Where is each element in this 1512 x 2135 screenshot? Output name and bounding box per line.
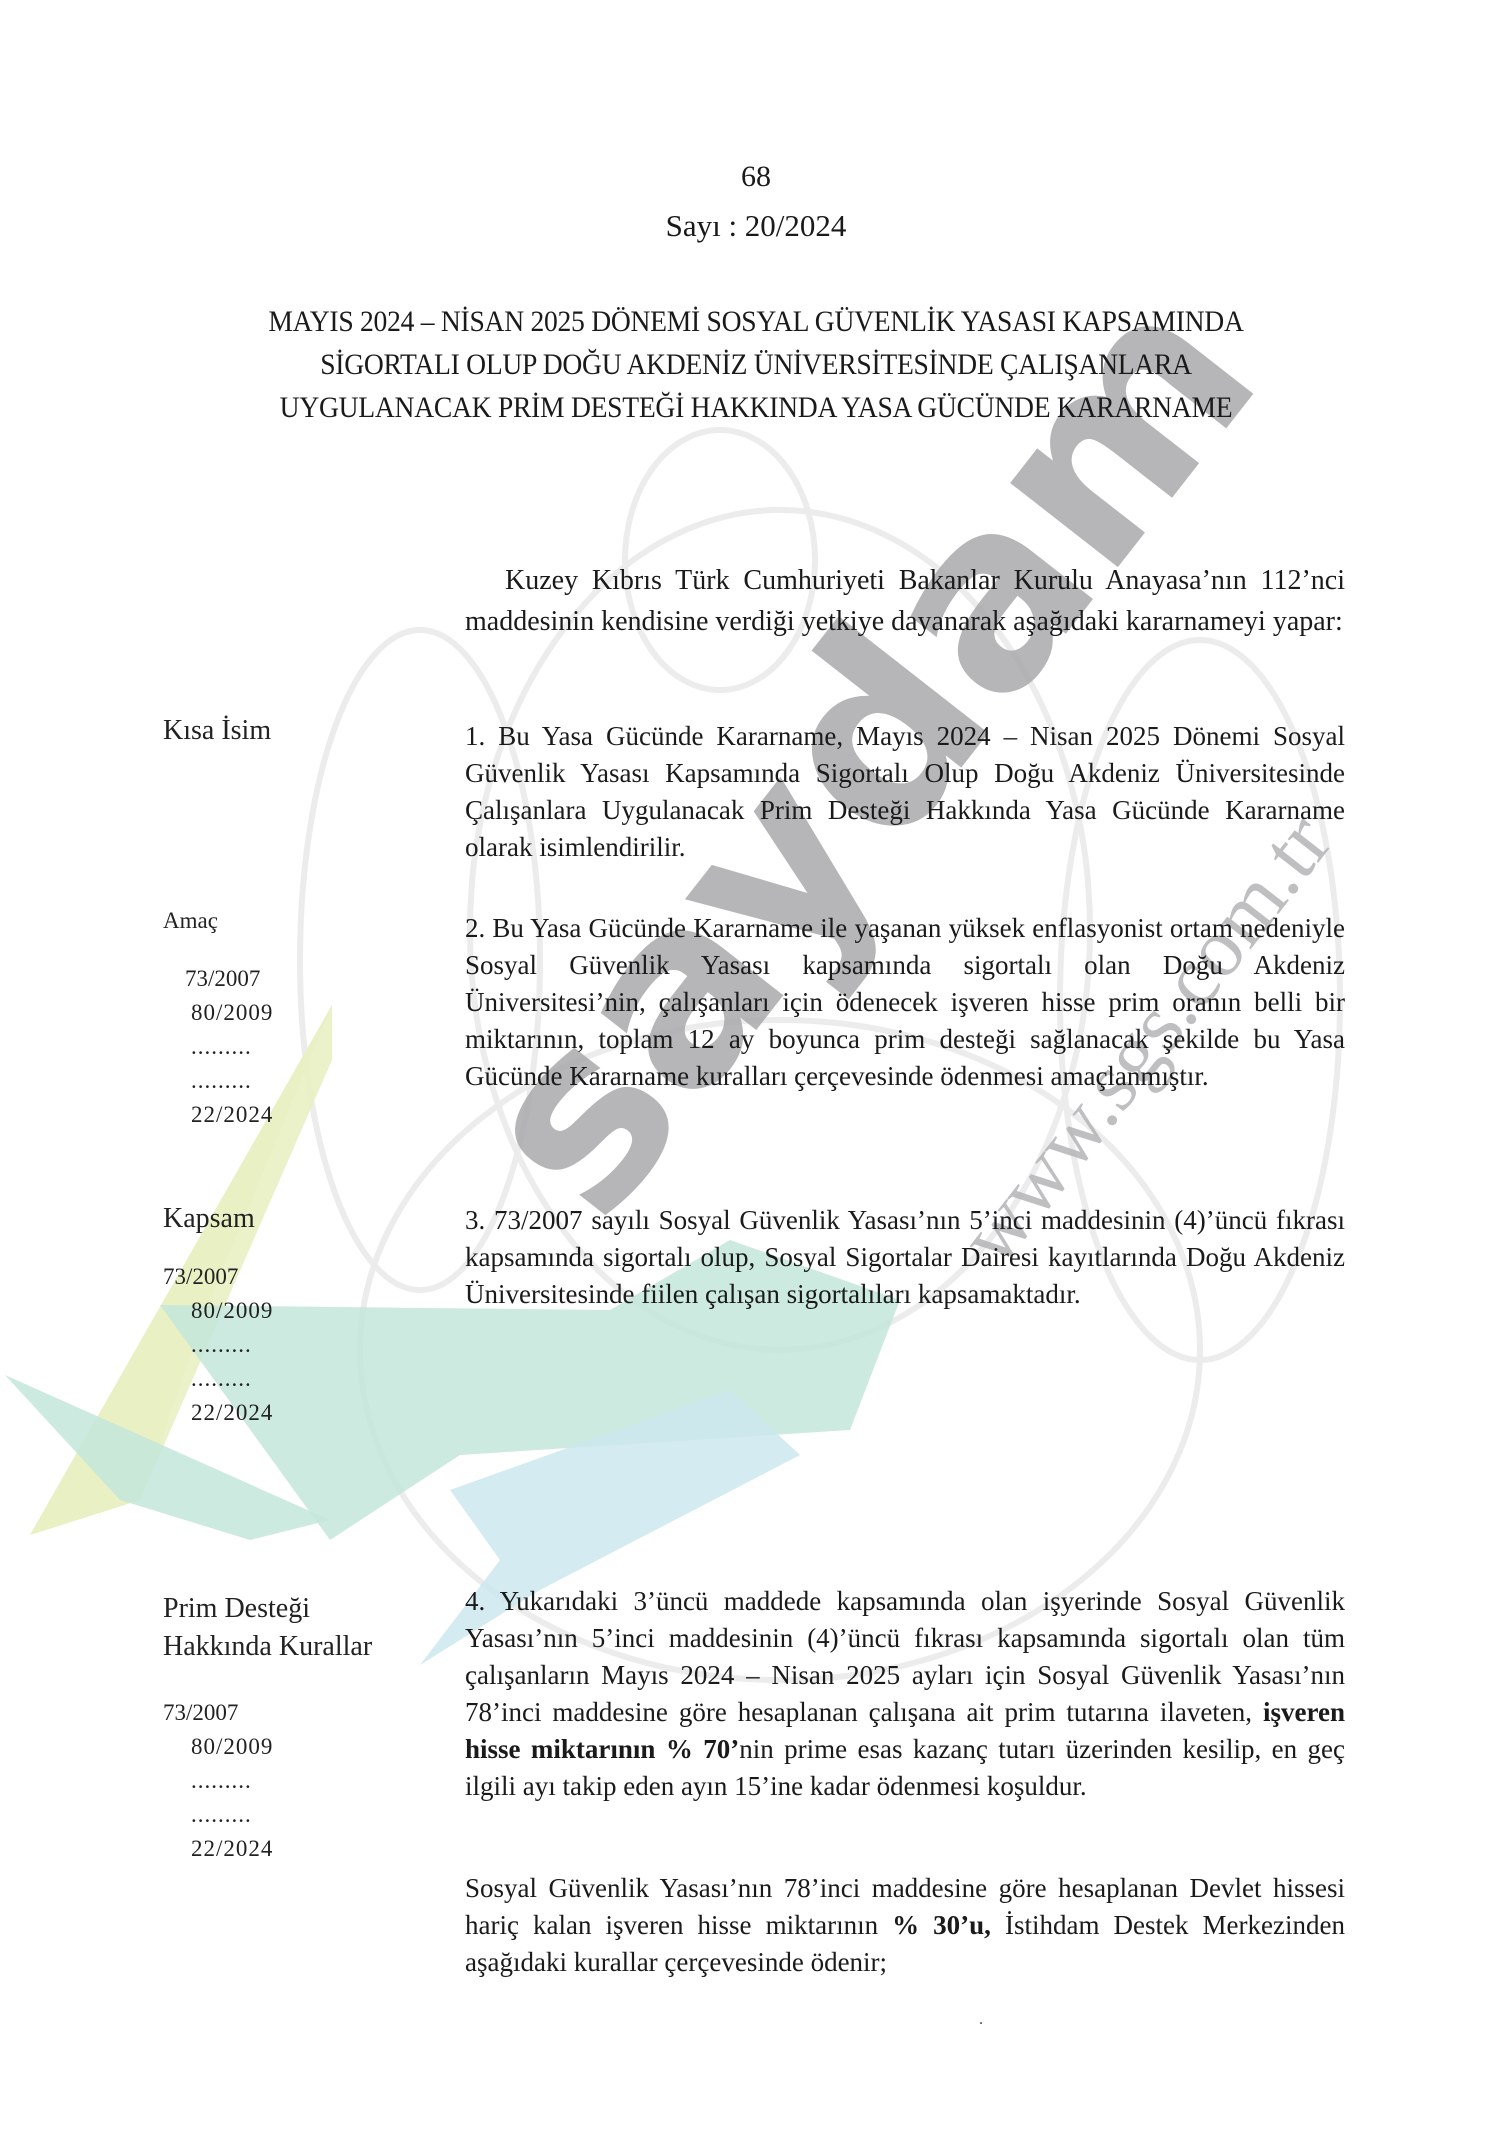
ref-item: .........	[163, 1764, 372, 1798]
title-line: SİGORTALI OLUP DOĞU AKDENİZ ÜNİVERSİTESİ…	[60, 343, 1451, 386]
ref-item: 80/2009	[163, 1730, 372, 1764]
margin-heading-rules: Prim Desteği Hakkında Kurallar 73/2007 8…	[163, 1590, 372, 1866]
ref-item: 80/2009	[163, 1294, 273, 1328]
issue-number: Sayı : 20/2024	[0, 208, 1512, 244]
ref-item: 73/2007	[163, 1696, 372, 1730]
article-3: 3. 73/2007 sayılı Sosyal Güvenlik Yasası…	[465, 1202, 1345, 1313]
amendment-refs: 73/2007 80/2009 ......... ......... 22/2…	[163, 1696, 372, 1866]
ref-item: 22/2024	[163, 1396, 273, 1430]
article-2: 2. Bu Yasa Gücünde Kararname ile yaşanan…	[465, 910, 1345, 1095]
ref-item: 22/2024	[163, 1832, 372, 1866]
section-heading: Kısa İsim	[163, 712, 271, 750]
article-4: 4. Yukarıdaki 3’üncü maddede kapsamında …	[465, 1583, 1345, 1805]
article-4-paragraph-2: Sosyal Güvenlik Yasası’nın 78’inci madde…	[465, 1870, 1345, 1981]
title-line: UYGULANACAK PRİM DESTEĞİ HAKKINDA YASA G…	[60, 386, 1451, 429]
document-title: MAYIS 2024 – NİSAN 2025 DÖNEMİ SOSYAL GÜ…	[60, 300, 1451, 429]
ref-item: 80/2009	[163, 996, 273, 1030]
amendment-refs: 73/2007 80/2009 ......... ......... 22/2…	[163, 962, 273, 1132]
ref-item: 73/2007	[163, 962, 273, 996]
section-heading: Kapsam	[163, 1200, 273, 1238]
ref-item: .........	[163, 1328, 273, 1362]
section-heading: Prim Desteği	[163, 1590, 372, 1628]
article-1: 1. Bu Yasa Gücünde Kararname, Mayıs 2024…	[465, 718, 1345, 866]
amendment-refs: 73/2007 80/2009 ......... ......... 22/2…	[163, 1260, 273, 1430]
ref-item: .........	[163, 1798, 372, 1832]
article-text: 4. Yukarıdaki 3’üncü maddede kapsamında …	[465, 1586, 1345, 1727]
margin-heading-purpose: Amaç 73/2007 80/2009 ......... .........…	[163, 902, 273, 1132]
page-number: 68	[0, 160, 1512, 194]
bold-emphasis: % 30’u,	[892, 1910, 991, 1940]
ref-item: .........	[163, 1030, 273, 1064]
preamble: Kuzey Kıbrıs Türk Cumhuriyeti Bakanlar K…	[465, 560, 1345, 642]
margin-heading-scope: Kapsam 73/2007 80/2009 ......... .......…	[163, 1200, 273, 1430]
ref-item: .........	[163, 1064, 273, 1098]
scan-mark: ˙	[978, 2018, 984, 2039]
title-line: MAYIS 2024 – NİSAN 2025 DÖNEMİ SOSYAL GÜ…	[60, 300, 1451, 343]
margin-heading-short-title: Kısa İsim	[163, 712, 271, 750]
ref-item: 73/2007	[163, 1260, 273, 1294]
section-heading: Amaç	[163, 902, 273, 940]
section-heading: Hakkında Kurallar	[163, 1628, 372, 1666]
ref-item: 22/2024	[163, 1098, 273, 1132]
ref-item: .........	[163, 1362, 273, 1396]
